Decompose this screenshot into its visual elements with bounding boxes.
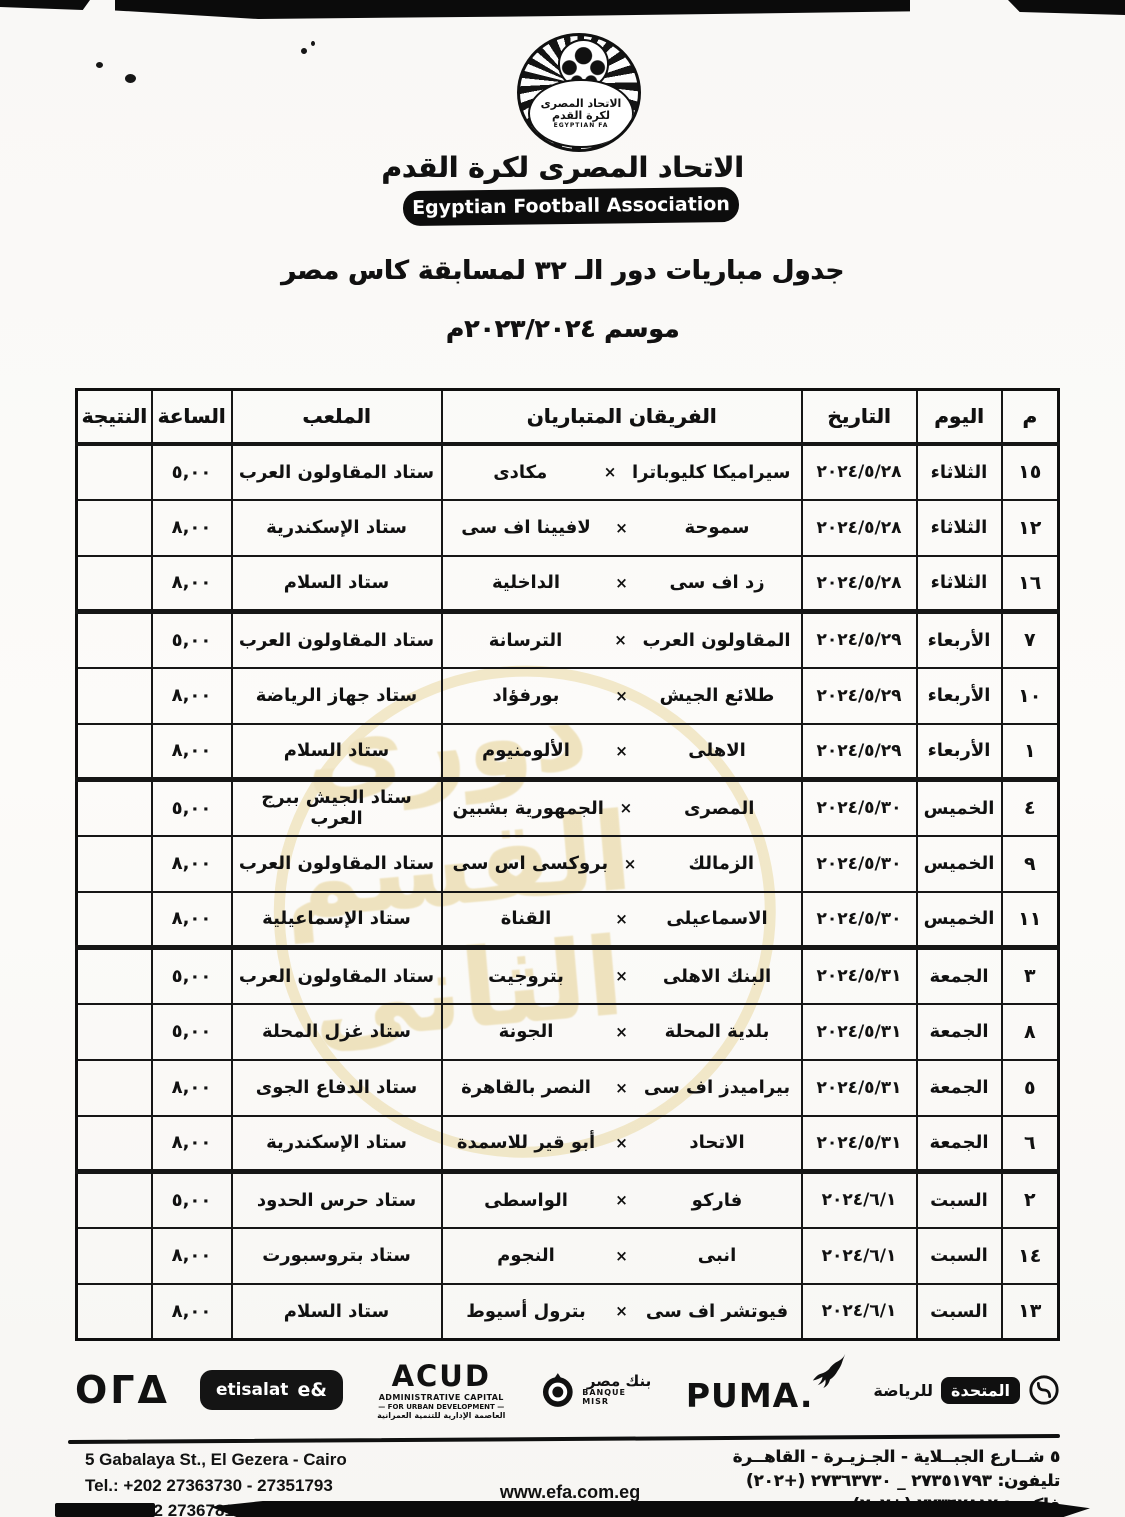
match-time: ٨,٠٠ <box>152 724 232 780</box>
address-english: 5 Gabalaya St., El Gezera - Cairo <box>85 1447 485 1473</box>
match-stadium: ستاد السلام <box>232 1284 442 1340</box>
team-first: بيراميدز اف سى <box>644 1077 791 1098</box>
match-number: ٨ <box>1002 1004 1059 1060</box>
match-date: ٢٠٢٤/٥/٣٠ <box>802 780 917 836</box>
match-date: ٢٠٢٤/٥/٢٨ <box>802 556 917 612</box>
team-first: فاركو <box>644 1190 791 1211</box>
sponsors-strip: OΓΔ etisalat e& ACUD ADMINISTRATIVE CAPI… <box>75 1348 1060 1432</box>
match-number: ١٠ <box>1002 668 1059 724</box>
scan-artifact-bar <box>115 0 910 19</box>
match-result <box>77 444 152 500</box>
scan-artifact-bar <box>55 1503 155 1517</box>
match-time: ٨,٠٠ <box>152 1228 232 1284</box>
vs-symbol: × <box>600 967 644 985</box>
match-teams-cell: فاركو × الواسطى <box>442 1172 802 1228</box>
teams-layout: البنك الاهلى × بتروجيت <box>443 966 801 987</box>
united-knot-icon <box>1028 1374 1060 1406</box>
match-teams-cell: الاهلى × الألومنيوم <box>442 724 802 780</box>
vs-symbol: × <box>600 1302 644 1320</box>
match-row: ١١ الخميس ٢٠٢٤/٥/٣٠ الاسماعيلى × القناة … <box>77 892 1059 948</box>
match-schedule-table: م اليوم التاريخ الفريقان المتباريان المل… <box>75 388 1060 1341</box>
match-number: ٦ <box>1002 1116 1059 1172</box>
team-first: طلائع الجيش <box>644 685 791 706</box>
team-second: الألومنيوم <box>453 740 600 761</box>
teams-layout: سيراميكا كليوباترا × مكادى <box>443 462 801 483</box>
match-date: ٢٠٢٤/٥/٣١ <box>802 1004 917 1060</box>
puma-cat-icon <box>811 1352 849 1390</box>
match-result <box>77 1284 152 1340</box>
team-first: المقاولون العرب <box>643 630 791 651</box>
match-day: الجمعة <box>917 948 1002 1004</box>
match-time: ٥,٠٠ <box>152 1004 232 1060</box>
match-number: ٥ <box>1002 1060 1059 1116</box>
match-teams-cell: بلدية المحلة × الجونة <box>442 1004 802 1060</box>
schedule-body: ١٥ الثلاثاء ٢٠٢٤/٥/٢٨ سيراميكا كليوباترا… <box>77 444 1059 1340</box>
match-number: ٣ <box>1002 948 1059 1004</box>
team-second: بورفؤاد <box>453 685 600 706</box>
col-header-teams: الفريقان المتباريان <box>442 390 802 444</box>
match-day: الأربعاء <box>917 612 1002 668</box>
match-date: ٢٠٢٤/٥/٣٠ <box>802 836 917 892</box>
match-row: ١٦ الثلاثاء ٢٠٢٤/٥/٢٨ زد اف سى × الداخلي… <box>77 556 1059 612</box>
team-first: فيوتشر اف سى <box>644 1301 791 1322</box>
match-teams-cell: الاتحاد × أبو قير للاسمدة <box>442 1116 802 1172</box>
col-header-number: م <box>1002 390 1059 444</box>
org-name-english-banner: Egyptian Football Association <box>403 187 739 226</box>
teams-layout: الاتحاد × أبو قير للاسمدة <box>443 1132 801 1153</box>
teams-layout: فيوتشر اف سى × بترول أسيوط <box>443 1301 801 1322</box>
team-second: مكادى <box>453 462 589 483</box>
footer-divider-line <box>68 1434 1060 1444</box>
vs-symbol: × <box>600 574 644 592</box>
match-result <box>77 668 152 724</box>
match-stadium: ستاد المقاولون العرب <box>232 444 442 500</box>
scan-noise-dot <box>96 62 103 68</box>
logo-inner-band: الاتحاد المصرى لكرة القدم EGYPTIAN FA <box>528 79 633 149</box>
match-row: ١ الأربعاء ٢٠٢٤/٥/٢٩ الاهلى × الألومنيوم… <box>77 724 1059 780</box>
match-result <box>77 556 152 612</box>
team-second: لافيينا اف سى <box>453 517 600 538</box>
col-header-stadium: الملعب <box>232 390 442 444</box>
vs-symbol: × <box>600 1134 644 1152</box>
col-header-time: الساعة <box>152 390 232 444</box>
match-stadium: ستاد غزل المحلة <box>232 1004 442 1060</box>
match-date: ٢٠٢٤/٦/١ <box>802 1228 917 1284</box>
match-time: ٨,٠٠ <box>152 556 232 612</box>
teams-layout: سموحة × لافيينا اف سى <box>443 517 801 538</box>
logo-text-egyptian-fa: EGYPTIAN FA <box>554 123 609 129</box>
match-date: ٢٠٢٤/٥/٣١ <box>802 948 917 1004</box>
match-number: ٩ <box>1002 836 1059 892</box>
team-first: الاتحاد <box>644 1132 791 1153</box>
match-time: ٨,٠٠ <box>152 836 232 892</box>
schedule-table-container: م اليوم التاريخ الفريقان المتباريان المل… <box>75 388 1060 1341</box>
match-row: ١٣ السبت ٢٠٢٤/٦/١ فيوتشر اف سى × بترول أ… <box>77 1284 1059 1340</box>
match-result <box>77 1004 152 1060</box>
match-row: ٨ الجمعة ٢٠٢٤/٥/٣١ بلدية المحلة × الجونة… <box>77 1004 1059 1060</box>
match-result <box>77 724 152 780</box>
etisalat-eand-mark: e& <box>297 1379 326 1401</box>
puma-wordmark: PUMA. <box>686 1376 814 1415</box>
vs-symbol: × <box>604 799 648 817</box>
match-stadium: ستاد المقاولون العرب <box>232 836 442 892</box>
telephone-english: Tel.: +202 27363730 - 27351793 <box>85 1473 485 1499</box>
united-wordmark-boxed: المتحدة <box>941 1377 1020 1404</box>
address-arabic: ٥ شــارع الجبــلاية - الجـزيـرة - القاهـ… <box>620 1445 1060 1469</box>
match-stadium: ستاد الإسكندرية <box>232 500 442 556</box>
team-second: النجوم <box>453 1245 600 1266</box>
match-number: ١ <box>1002 724 1059 780</box>
match-time: ٥,٠٠ <box>152 1172 232 1228</box>
united-sports-logo: المتحدة للرياضة <box>873 1374 1060 1406</box>
match-date: ٢٠٢٤/٥/٣٠ <box>802 892 917 948</box>
logo-text-line2: لكرة القدم <box>552 110 610 122</box>
match-day: الجمعة <box>917 1060 1002 1116</box>
teams-layout: الاسماعيلى × القناة <box>443 908 801 929</box>
vs-symbol: × <box>600 1247 644 1265</box>
match-time: ٥,٠٠ <box>152 948 232 1004</box>
match-number: ١٥ <box>1002 444 1059 500</box>
match-day: الثلاثاء <box>917 556 1002 612</box>
match-time: ٥,٠٠ <box>152 780 232 836</box>
team-second: بتروجيت <box>453 966 600 987</box>
match-row: ٣ الجمعة ٢٠٢٤/٥/٣١ البنك الاهلى × بتروجي… <box>77 948 1059 1004</box>
scan-noise-dot <box>125 74 136 83</box>
match-result <box>77 1172 152 1228</box>
team-second: الواسطى <box>453 1190 600 1211</box>
match-number: ٤ <box>1002 780 1059 836</box>
team-second: الجونة <box>453 1021 600 1042</box>
match-date: ٢٠٢٤/٥/٢٨ <box>802 444 917 500</box>
match-day: السبت <box>917 1172 1002 1228</box>
match-day: الثلاثاء <box>917 444 1002 500</box>
match-teams-cell: سيراميكا كليوباترا × مكادى <box>442 444 802 500</box>
match-row: ٩ الخميس ٢٠٢٤/٥/٣٠ الزمالك × بروكسى اس س… <box>77 836 1059 892</box>
match-date: ٢٠٢٤/٥/٢٩ <box>802 612 917 668</box>
team-second: الداخلية <box>453 572 600 593</box>
vs-symbol: × <box>600 687 644 705</box>
match-stadium: ستاد المقاولون العرب <box>232 948 442 1004</box>
match-row: ١٠ الأربعاء ٢٠٢٤/٥/٢٩ طلائع الجيش × بورف… <box>77 668 1059 724</box>
match-day: الخميس <box>917 892 1002 948</box>
teams-layout: زد اف سى × الداخلية <box>443 572 801 593</box>
teams-layout: الزمالك × بروكسى اس سى <box>443 853 801 874</box>
match-stadium: ستاد جهاز الرياضة <box>232 668 442 724</box>
acud-subtitle-2: — FOR URBAN DEVELOPMENT — <box>378 1403 504 1411</box>
scan-noise-dot <box>300 47 308 55</box>
scan-artifact-bar <box>1008 0 1125 15</box>
scan-artifact-bar <box>210 1501 1090 1517</box>
match-row: ٥ الجمعة ٢٠٢٤/٥/٣١ بيراميدز اف سى × النص… <box>77 1060 1059 1116</box>
match-day: السبت <box>917 1228 1002 1284</box>
match-time: ٨,٠٠ <box>152 1116 232 1172</box>
match-row: ٧ الأربعاء ٢٠٢٤/٥/٢٩ المقاولون العرب × ا… <box>77 612 1059 668</box>
match-result <box>77 1116 152 1172</box>
vs-symbol: × <box>588 463 632 481</box>
team-second: الجمهورية بشبين <box>453 798 604 819</box>
match-stadium: ستاد حرس الحدود <box>232 1172 442 1228</box>
match-teams-cell: انبى × النجوم <box>442 1228 802 1284</box>
match-teams-cell: سموحة × لافيينا اف سى <box>442 500 802 556</box>
match-date: ٢٠٢٤/٥/٣١ <box>802 1116 917 1172</box>
scanned-document-page: الاتحاد المصرى لكرة القدم EGYPTIAN FA ال… <box>0 0 1125 1517</box>
vs-symbol: × <box>600 1023 644 1041</box>
col-header-day: اليوم <box>917 390 1002 444</box>
match-result <box>77 1060 152 1116</box>
match-day: الثلاثاء <box>917 500 1002 556</box>
vs-symbol: × <box>608 855 652 873</box>
acud-wordmark: ACUD <box>392 1360 491 1393</box>
match-day: الجمعة <box>917 1004 1002 1060</box>
match-teams-cell: الاسماعيلى × القناة <box>442 892 802 948</box>
team-first: الاسماعيلى <box>644 908 791 929</box>
team-second: النصر بالقاهرة <box>453 1077 600 1098</box>
match-stadium: ستاد الجيش ببرج العرب <box>232 780 442 836</box>
teams-layout: بيراميدز اف سى × النصر بالقاهرة <box>443 1077 801 1098</box>
match-day: الأربعاء <box>917 668 1002 724</box>
match-date: ٢٠٢٤/٥/٢٩ <box>802 668 917 724</box>
col-header-date: التاريخ <box>802 390 917 444</box>
team-first: سيراميكا كليوباترا <box>632 462 791 483</box>
match-number: ٧ <box>1002 612 1059 668</box>
team-first: البنك الاهلى <box>644 966 791 987</box>
match-day: السبت <box>917 1284 1002 1340</box>
team-first: المصرى <box>648 798 791 819</box>
vs-symbol: × <box>600 519 644 537</box>
match-result <box>77 500 152 556</box>
acud-logo: ACUD ADMINISTRATIVE CAPITAL — FOR URBAN … <box>373 1360 510 1420</box>
match-teams-cell: الزمالك × بروكسى اس سى <box>442 836 802 892</box>
scan-artifact-bar <box>0 0 90 10</box>
match-day: الخميس <box>917 780 1002 836</box>
team-second: الترسانة <box>453 630 599 651</box>
match-date: ٢٠٢٤/٦/١ <box>802 1172 917 1228</box>
team-first: الاهلى <box>644 740 791 761</box>
etisalat-wordmark: etisalat <box>216 1380 289 1400</box>
match-result <box>77 780 152 836</box>
match-time: ٨,٠٠ <box>152 1284 232 1340</box>
col-header-result: النتيجة <box>77 390 152 444</box>
teams-layout: المصرى × الجمهورية بشبين <box>443 798 801 819</box>
banque-misr-emblem-icon <box>540 1372 576 1408</box>
match-result <box>77 836 152 892</box>
match-stadium: ستاد السلام <box>232 724 442 780</box>
puma-logo: PUMA. <box>686 1366 844 1415</box>
match-number: ١٦ <box>1002 556 1059 612</box>
match-result <box>77 612 152 668</box>
team-first: سموحة <box>644 517 791 538</box>
match-stadium: ستاد السلام <box>232 556 442 612</box>
match-time: ٨,٠٠ <box>152 668 232 724</box>
team-second: بترول أسيوط <box>453 1301 600 1322</box>
match-teams-cell: فيوتشر اف سى × بترول أسيوط <box>442 1284 802 1340</box>
team-second: بروكسى اس سى <box>453 853 609 874</box>
teams-layout: انبى × النجوم <box>443 1245 801 1266</box>
team-second: أبو قير للاسمدة <box>453 1132 600 1153</box>
teams-layout: المقاولون العرب × الترسانة <box>443 630 801 651</box>
scan-noise-dot <box>311 41 315 46</box>
match-row: ١٥ الثلاثاء ٢٠٢٤/٥/٢٨ سيراميكا كليوباترا… <box>77 444 1059 500</box>
match-teams-cell: زد اف سى × الداخلية <box>442 556 802 612</box>
document-title: جدول مباريات دور الـ ٣٢ لمسابقة كاس مصر <box>0 256 1125 286</box>
teams-layout: فاركو × الواسطى <box>443 1190 801 1211</box>
team-first: بلدية المحلة <box>644 1021 791 1042</box>
match-teams-cell: المصرى × الجمهورية بشبين <box>442 780 802 836</box>
match-number: ١٢ <box>1002 500 1059 556</box>
match-stadium: ستاد الدفاع الجوى <box>232 1060 442 1116</box>
team-first: الزمالك <box>652 853 790 874</box>
banque-misr-logo: بنك مصر BANQUE MISR <box>540 1372 656 1408</box>
match-date: ٢٠٢٤/٥/٢٨ <box>802 500 917 556</box>
match-result <box>77 948 152 1004</box>
match-stadium: ستاد بتروسبورت <box>232 1228 442 1284</box>
team-first: انبى <box>644 1245 791 1266</box>
match-number: ١٤ <box>1002 1228 1059 1284</box>
season-subtitle: موسم ٢٠٢٣/٢٠٢٤م <box>0 314 1125 343</box>
acud-subtitle-1: ADMINISTRATIVE CAPITAL <box>379 1393 504 1402</box>
match-row: ٤ الخميس ٢٠٢٤/٥/٣٠ المصرى × الجمهورية بش… <box>77 780 1059 836</box>
match-result <box>77 1228 152 1284</box>
match-date: ٢٠٢٤/٦/١ <box>802 1284 917 1340</box>
match-time: ٥,٠٠ <box>152 612 232 668</box>
ora-logo: OΓΔ <box>75 1368 170 1412</box>
teams-layout: الاهلى × الألومنيوم <box>443 740 801 761</box>
vs-symbol: × <box>600 910 644 928</box>
teams-layout: بلدية المحلة × الجونة <box>443 1021 801 1042</box>
banque-misr-english: BANQUE MISR <box>582 1389 656 1407</box>
vs-symbol: × <box>599 631 643 649</box>
match-time: ٨,٠٠ <box>152 500 232 556</box>
match-stadium: ستاد المقاولون العرب <box>232 612 442 668</box>
match-result <box>77 892 152 948</box>
logo-text-line1: الاتحاد المصرى <box>541 98 622 110</box>
match-teams-cell: بيراميدز اف سى × النصر بالقاهرة <box>442 1060 802 1116</box>
acud-subtitle-arabic: العاصمة الإدارية للتنمية العمرانية <box>377 1411 505 1420</box>
vs-symbol: × <box>600 1079 644 1097</box>
banque-misr-arabic: بنك مصر <box>587 1373 651 1390</box>
match-teams-cell: طلائع الجيش × بورفؤاد <box>442 668 802 724</box>
efa-crest-logo: الاتحاد المصرى لكرة القدم EGYPTIAN FA <box>517 33 641 152</box>
match-time: ٨,٠٠ <box>152 892 232 948</box>
match-day: الجمعة <box>917 1116 1002 1172</box>
match-row: ١٤ السبت ٢٠٢٤/٦/١ انبى × النجوم ستاد بتر… <box>77 1228 1059 1284</box>
united-sports-word: للرياضة <box>873 1381 933 1400</box>
vs-symbol: × <box>600 742 644 760</box>
team-first: زد اف سى <box>644 572 791 593</box>
match-number: ٢ <box>1002 1172 1059 1228</box>
vs-symbol: × <box>600 1191 644 1209</box>
match-teams-cell: المقاولون العرب × الترسانة <box>442 612 802 668</box>
match-row: ١٢ الثلاثاء ٢٠٢٤/٥/٢٨ سموحة × لافيينا اف… <box>77 500 1059 556</box>
match-stadium: ستاد الإسماعيلية <box>232 892 442 948</box>
telephone-arabic: تليفون: ٢٧٣٥١٧٩٣ _ ٢٧٣٦٣٧٣٠ (+٢٠٢) <box>620 1469 1060 1493</box>
match-number: ١٣ <box>1002 1284 1059 1340</box>
etisalat-logo: etisalat e& <box>200 1370 343 1410</box>
match-time: ٨,٠٠ <box>152 1060 232 1116</box>
match-date: ٢٠٢٤/٥/٢٩ <box>802 724 917 780</box>
match-day: الأربعاء <box>917 724 1002 780</box>
team-second: القناة <box>453 908 600 929</box>
match-row: ٦ الجمعة ٢٠٢٤/٥/٣١ الاتحاد × أبو قير للا… <box>77 1116 1059 1172</box>
table-header-row: م اليوم التاريخ الفريقان المتباريان المل… <box>77 390 1059 444</box>
match-row: ٢ السبت ٢٠٢٤/٦/١ فاركو × الواسطى ستاد حر… <box>77 1172 1059 1228</box>
org-name-arabic: الاتحاد المصرى لكرة القدم <box>0 151 1125 184</box>
match-number: ١١ <box>1002 892 1059 948</box>
teams-layout: طلائع الجيش × بورفؤاد <box>443 685 801 706</box>
match-time: ٥,٠٠ <box>152 444 232 500</box>
match-teams-cell: البنك الاهلى × بتروجيت <box>442 948 802 1004</box>
website-url: www.efa.com.eg <box>455 1482 685 1503</box>
match-date: ٢٠٢٤/٥/٣١ <box>802 1060 917 1116</box>
match-stadium: ستاد الإسكندرية <box>232 1116 442 1172</box>
banque-misr-text: بنك مصر BANQUE MISR <box>582 1373 656 1407</box>
match-day: الخميس <box>917 836 1002 892</box>
